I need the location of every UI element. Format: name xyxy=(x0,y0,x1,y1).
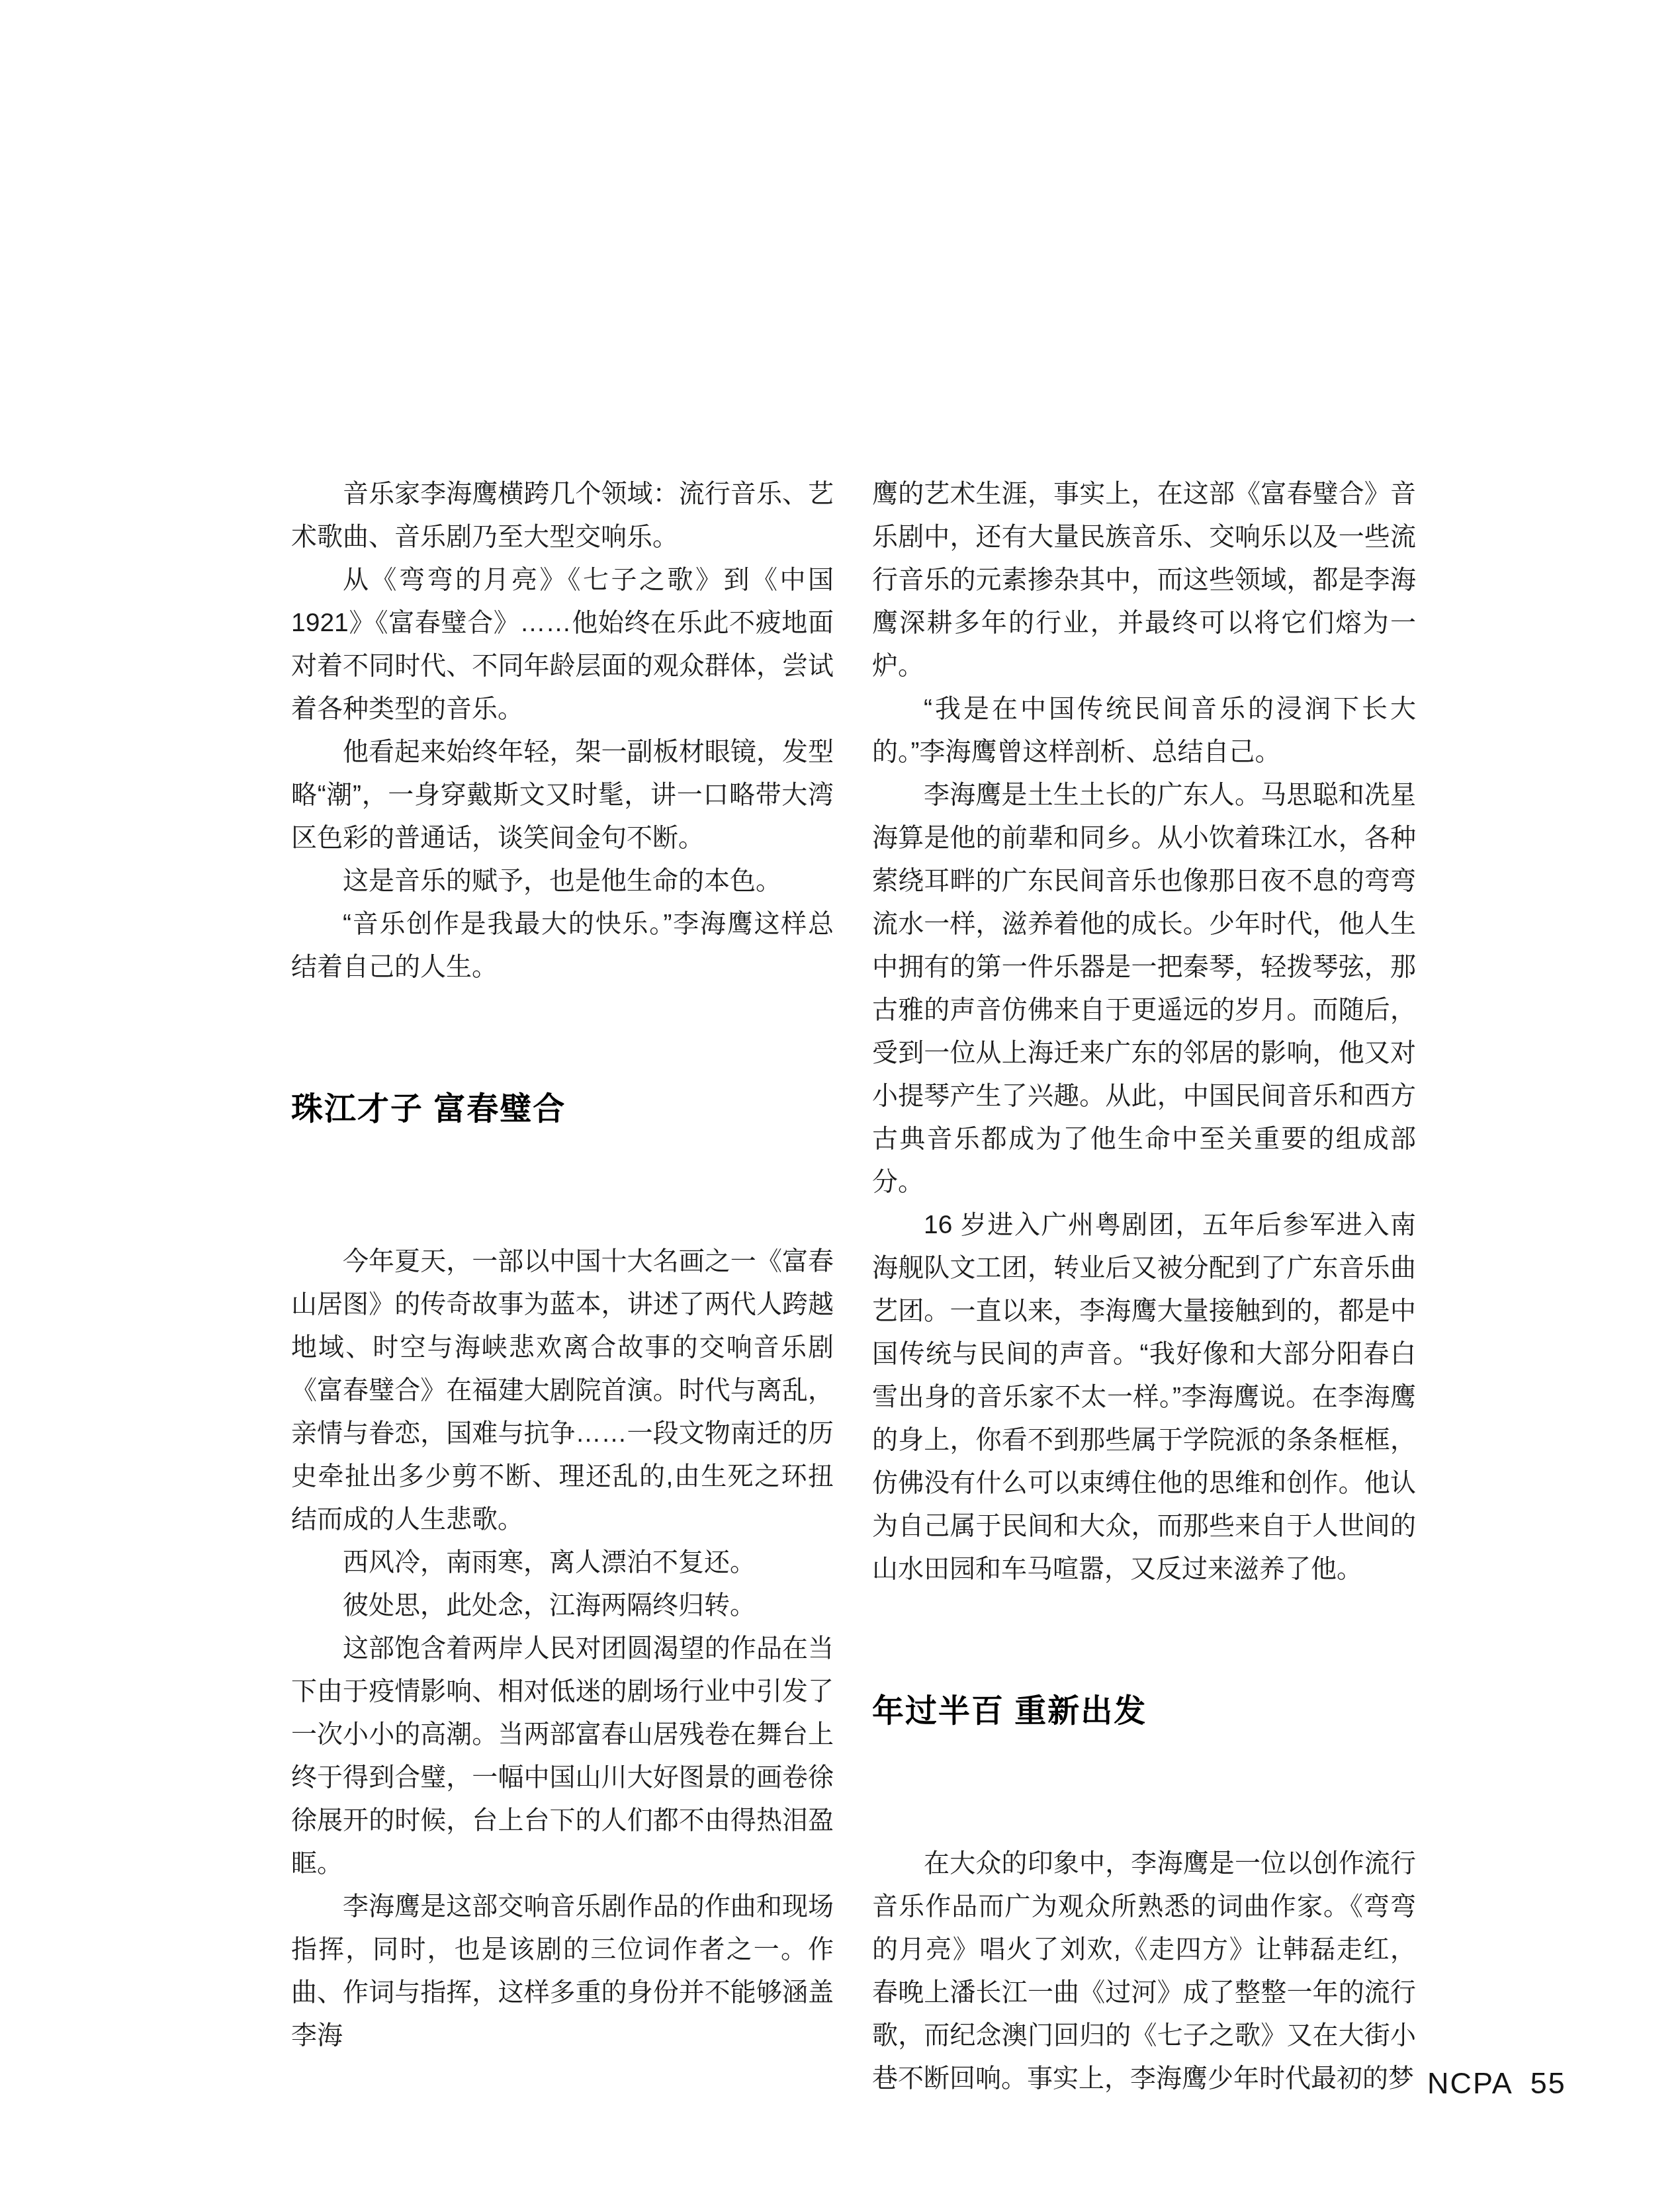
paragraph: 从《弯弯的月亮》《七子之歌》到《中国1921》《富春璧合》……他始终在乐此不疲地… xyxy=(291,558,834,730)
section-heading-restart: 年过半百 重新出发 xyxy=(872,1690,1416,1733)
paragraph: “我是在中国传统民间音乐的浸润下长大的。”李海鹰曾这样剖析、总结自己。 xyxy=(872,687,1416,773)
verse-line: 彼处思，此处念，江海两隔终归转。 xyxy=(291,1584,834,1627)
left-column: 音乐家李海鹰横跨几个领域：流行音乐、艺术歌曲、音乐剧乃至大型交响乐。 从《弯弯的… xyxy=(291,472,834,2057)
magazine-brand: NCPA xyxy=(1427,2066,1513,2100)
paragraph: 在大众的印象中，李海鹰是一位以创作流行音乐作品而广为观众所熟悉的词曲作家。《弯弯… xyxy=(872,1842,1416,2100)
paragraph-continuation: 鹰的艺术生涯，事实上，在这部《富春璧合》音乐剧中，还有大量民族音乐、交响乐以及一… xyxy=(872,472,1416,687)
page-number: 55 xyxy=(1530,2066,1566,2100)
paragraph: 这是音乐的赋予，也是他生命的本色。 xyxy=(291,859,834,902)
right-column: 鹰的艺术生涯，事实上，在这部《富春璧合》音乐剧中，还有大量民族音乐、交响乐以及一… xyxy=(872,472,1416,2100)
page-footer: NCPA55 xyxy=(1427,2067,1566,2100)
section-heading-pearl-river: 珠江才子 富春璧合 xyxy=(291,1088,834,1131)
magazine-page: 音乐家李海鹰横跨几个领域：流行音乐、艺术歌曲、音乐剧乃至大型交响乐。 从《弯弯的… xyxy=(0,0,1680,2188)
paragraph: “音乐创作是我最大的快乐。”李海鹰这样总结着自己的人生。 xyxy=(291,902,834,988)
paragraph: 16 岁进入广州粤剧团，五年后参军进入南海舰队文工团，转业后又被分配到了广东音乐… xyxy=(872,1203,1416,1591)
paragraph: 他看起来始终年轻，架一副板材眼镜，发型略“潮”，一身穿戴斯文又时髦，讲一口略带大… xyxy=(291,730,834,859)
paragraph: 李海鹰是这部交响音乐剧作品的作曲和现场指挥，同时，也是该剧的三位词作者之一。作曲… xyxy=(291,1885,834,2057)
paragraph: 李海鹰是土生土长的广东人。马思聪和冼星海算是他的前辈和同乡。从小饮着珠江水，各种… xyxy=(872,773,1416,1203)
paragraph: 这部饱含着两岸人民对团圆渴望的作品在当下由于疫情影响、相对低迷的剧场行业中引发了… xyxy=(291,1627,834,1885)
verse-line: 西风冷，南雨寒，离人漂泊不复还。 xyxy=(291,1541,834,1584)
paragraph: 音乐家李海鹰横跨几个领域：流行音乐、艺术歌曲、音乐剧乃至大型交响乐。 xyxy=(291,472,834,558)
paragraph: 今年夏天，一部以中国十大名画之一《富春山居图》的传奇故事为蓝本，讲述了两代人跨越… xyxy=(291,1240,834,1541)
